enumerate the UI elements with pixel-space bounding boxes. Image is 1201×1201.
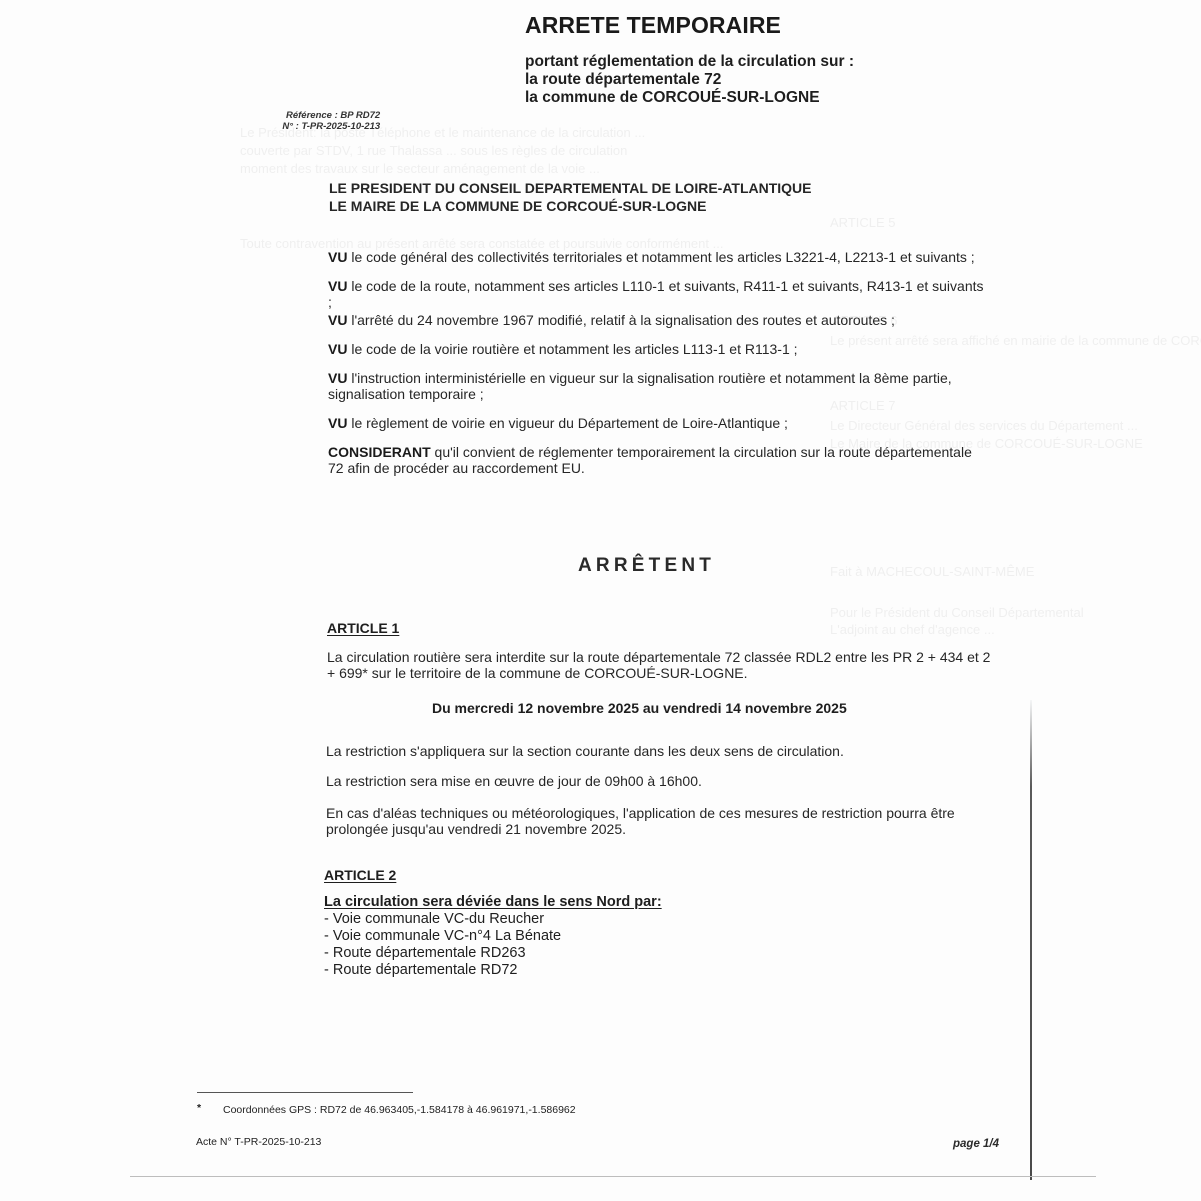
visas-section: VU le code général des collectivités ter… (328, 249, 988, 476)
article-1-text: La circulation routière sera interdite s… (327, 649, 997, 681)
reference-number: N° : T-PR-2025-10-213 (282, 121, 380, 132)
bleed-through-text: couverte par STDV, 1 rue Thalassa ... so… (240, 143, 627, 158)
visa-lead: VU (328, 370, 347, 386)
bleed-through-text: moment des travaux sur le secteur aménag… (240, 161, 600, 176)
article-1-heading: ARTICLE 1 (327, 620, 399, 636)
detour-list: - Voie communale VC-du Reucher - Voie co… (324, 911, 561, 979)
visa-paragraph: VU le code de la route, notamment ses ar… (328, 278, 988, 310)
detour-item: - Voie communale VC-n°4 La Bénate (324, 928, 561, 945)
restriction-extension: En cas d'aléas techniques ou météorologi… (326, 805, 996, 837)
visa-lead: VU (328, 341, 347, 357)
footnote-divider (197, 1092, 413, 1093)
article-2-heading: ARTICLE 2 (324, 867, 396, 883)
restriction-hours: La restriction sera mise en œuvre de jou… (326, 773, 702, 789)
detour-heading: La circulation sera déviée dans le sens … (324, 894, 662, 910)
footnote-marker: * (197, 1102, 223, 1114)
bleed-through-text: Fait à MACHECOUL-SAINT-MÊME (830, 564, 1034, 579)
footnote: *Coordonnées GPS : RD72 de 46.963405,-1.… (197, 1104, 576, 1116)
scan-edge-vertical (1030, 700, 1032, 1180)
visa-text: le code de la voirie routière et notamme… (347, 341, 797, 357)
visa-paragraph: VU le code général des collectivités ter… (328, 249, 988, 265)
bleed-through-text: L'adjoint au chef d'agence ... (830, 622, 995, 637)
visa-text: le code général des collectivités territ… (347, 249, 974, 265)
page-number: page 1/4 (953, 1138, 999, 1150)
reference-line: Référence : BP RD72 (278, 110, 380, 121)
reference-block: Référence : BP RD72 N° : T-PR-2025-10-21… (278, 110, 380, 132)
visa-lead: VU (328, 312, 347, 328)
detour-item: - Route départementale RD263 (324, 945, 561, 962)
bleed-through-text: ARTICLE 5 (830, 215, 896, 230)
subtitle-line: la commune de CORCOUÉ-SUR-LOGNE (525, 89, 854, 107)
authority-mayor: LE MAIRE DE LA COMMUNE DE CORCOUÉ-SUR-LO… (329, 197, 812, 215)
visa-text: le règlement de voirie en vigueur du Dép… (347, 415, 787, 431)
visa-paragraph: VU le règlement de voirie en vigueur du … (328, 415, 988, 431)
detour-item: - Voie communale VC-du Reucher (324, 911, 561, 928)
restriction-date-range: Du mercredi 12 novembre 2025 au vendredi… (432, 700, 847, 716)
visa-paragraph: VU l'arrêté du 24 novembre 1967 modifié,… (328, 312, 988, 328)
scan-edge-horizontal (130, 1176, 1096, 1177)
subtitle-line: la route départementale 72 (525, 71, 854, 89)
visa-text: le code de la route, notamment ses artic… (328, 278, 984, 310)
issuing-authorities: LE PRESIDENT DU CONSEIL DEPARTEMENTAL DE… (329, 179, 812, 215)
visa-text: l'instruction interministérielle en vigu… (328, 370, 952, 402)
visa-lead: CONSIDERANT (328, 444, 431, 460)
visa-paragraph: VU l'instruction interministérielle en v… (328, 370, 988, 402)
decision-heading: ARRÊTENT (578, 555, 715, 577)
authority-president: LE PRESIDENT DU CONSEIL DEPARTEMENTAL DE… (329, 179, 812, 197)
act-number: Acte N° T-PR-2025-10-213 (196, 1136, 321, 1148)
restriction-direction: La restriction s'appliquera sur la secti… (326, 743, 844, 759)
visa-text: l'arrêté du 24 novembre 1967 modifié, re… (347, 312, 894, 328)
subtitle-line: portant réglementation de la circulation… (525, 53, 854, 71)
visa-lead: VU (328, 249, 347, 265)
visa-paragraph: VU le code de la voirie routière et nota… (328, 341, 988, 357)
scanned-document-page: Le Président: la poste Téléphone et le m… (0, 0, 1201, 1201)
visa-lead: VU (328, 415, 347, 431)
document-subtitle: portant réglementation de la circulation… (525, 53, 854, 107)
considerant-paragraph: CONSIDERANT qu'il convient de réglemente… (328, 444, 988, 476)
footnote-text: Coordonnées GPS : RD72 de 46.963405,-1.5… (223, 1104, 576, 1116)
bleed-through-text: Pour le Président du Conseil Département… (830, 605, 1084, 620)
document-title: ARRETE TEMPORAIRE (525, 12, 781, 39)
visa-lead: VU (328, 278, 347, 294)
detour-item: - Route départementale RD72 (324, 962, 561, 979)
